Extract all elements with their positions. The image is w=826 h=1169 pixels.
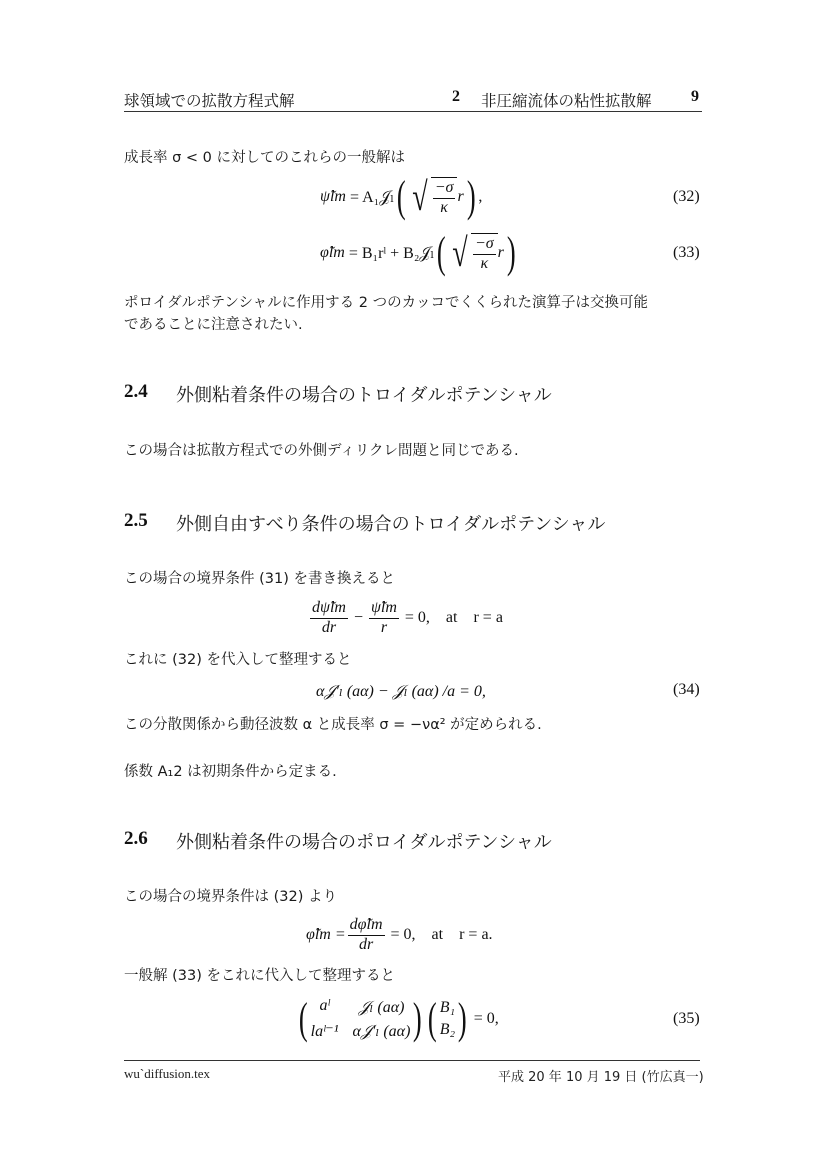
section-2-6-number: 2.6 bbox=[124, 828, 148, 850]
equation-number-35: (35) bbox=[673, 1010, 700, 1028]
equation-number-34: (34) bbox=[673, 681, 700, 699]
sqrt-icon: √ −σκ bbox=[449, 233, 498, 273]
section-2-5-substitute: これに (32) を代入して整理すると bbox=[124, 648, 351, 669]
coefficient-vector: B₁ B₂ bbox=[440, 999, 455, 1039]
right-paren: ) bbox=[507, 231, 516, 275]
left-paren: ( bbox=[428, 997, 437, 1041]
running-header-title: 球領域での拡散方程式解 bbox=[124, 89, 295, 111]
right-paren: ) bbox=[467, 175, 476, 219]
boundary-condition-2-6: φ̃lm = dφ̃lmdr = 0, at r = a. bbox=[306, 913, 493, 957]
section-2-5-body: この場合の境界条件 (31) を書き換えると bbox=[124, 567, 395, 588]
footer-date: 平成 20 年 10 月 19 日 (竹広真一) bbox=[498, 1066, 704, 1085]
section-2-6-title: 外側粘着条件の場合のポロイダルポテンシャル bbox=[176, 828, 552, 854]
left-paren: ( bbox=[397, 175, 406, 219]
footer-rule bbox=[124, 1060, 700, 1061]
note-line-1: ポロイダルポテンシャルに作用する 2 つのカッコでくくられた演算子は交換可能 bbox=[124, 291, 648, 312]
eq32-lhs: ψ̃lm bbox=[320, 188, 346, 206]
intro-text: 成長率 σ < 0 に対してのこれらの一般解は bbox=[124, 146, 405, 167]
note-line-2: であることに注意されたい. bbox=[124, 313, 303, 334]
section-2-4-number: 2.4 bbox=[124, 381, 148, 403]
left-paren: ( bbox=[437, 231, 446, 275]
sqrt-icon: √ −σκ bbox=[409, 177, 458, 217]
equation-number-33: (33) bbox=[673, 244, 700, 262]
boundary-condition-2-5: dψ̃lmdr − ψ̃lmr = 0, at r = a bbox=[308, 596, 503, 640]
coefficient-matrix: aˡ 𝒥ₗ (aα) laˡ⁻¹ α𝒥′ₗ (aα) bbox=[311, 997, 411, 1041]
dispersion-text: この分散関係から動径波数 α と成長率 σ = −να² が定められる. bbox=[124, 713, 542, 734]
section-2-6-substitute: 一般解 (33) をこれに代入して整理すると bbox=[124, 964, 395, 985]
running-header-section-number: 2 bbox=[452, 88, 460, 106]
equation-33: φ̃lm = B₁rˡ + B₂𝒥ₗ ( √ −σκ r ) bbox=[320, 228, 519, 278]
section-2-5-title: 外側自由すべり条件の場合のトロイダルポテンシャル bbox=[176, 510, 605, 536]
section-2-4-title: 外側粘着条件の場合のトロイダルポテンシャル bbox=[176, 381, 552, 407]
page-number: 9 bbox=[691, 88, 699, 106]
equation-34: α𝒥′ₗ (aα) − 𝒥ₗ (aα) /a = 0, bbox=[316, 681, 486, 701]
equation-35: ( aˡ 𝒥ₗ (aα) laˡ⁻¹ α𝒥′ₗ (aα) ) ( B₁ B₂ )… bbox=[296, 994, 499, 1044]
equation-32: ψ̃lm = A₁𝒥ₗ ( √ −σκ r ) , bbox=[320, 172, 482, 222]
coefficient-text: 係数 A₁2 は初期条件から定まる. bbox=[124, 760, 337, 781]
section-2-4-body: この場合は拡散方程式での外側ディリクレ問題と同じである. bbox=[124, 439, 519, 460]
right-paren: ) bbox=[413, 997, 422, 1041]
eq32-rhs-prefix: = A₁𝒥ₗ bbox=[350, 187, 394, 207]
section-2-6-body: この場合の境界条件は (32) より bbox=[124, 885, 337, 906]
left-paren: ( bbox=[299, 997, 308, 1041]
equation-number-32: (32) bbox=[673, 188, 700, 206]
eq33-lhs: φ̃lm bbox=[320, 244, 345, 262]
header-rule bbox=[124, 111, 702, 112]
section-2-5-number: 2.5 bbox=[124, 510, 148, 532]
running-header-section-title: 非圧縮流体の粘性拡散解 bbox=[481, 89, 652, 111]
eq33-rhs-prefix: = B₁rˡ + B₂𝒥ₗ bbox=[349, 243, 434, 263]
footer-filename: wu`diffusion.tex bbox=[124, 1066, 210, 1082]
right-paren: ) bbox=[458, 997, 467, 1041]
